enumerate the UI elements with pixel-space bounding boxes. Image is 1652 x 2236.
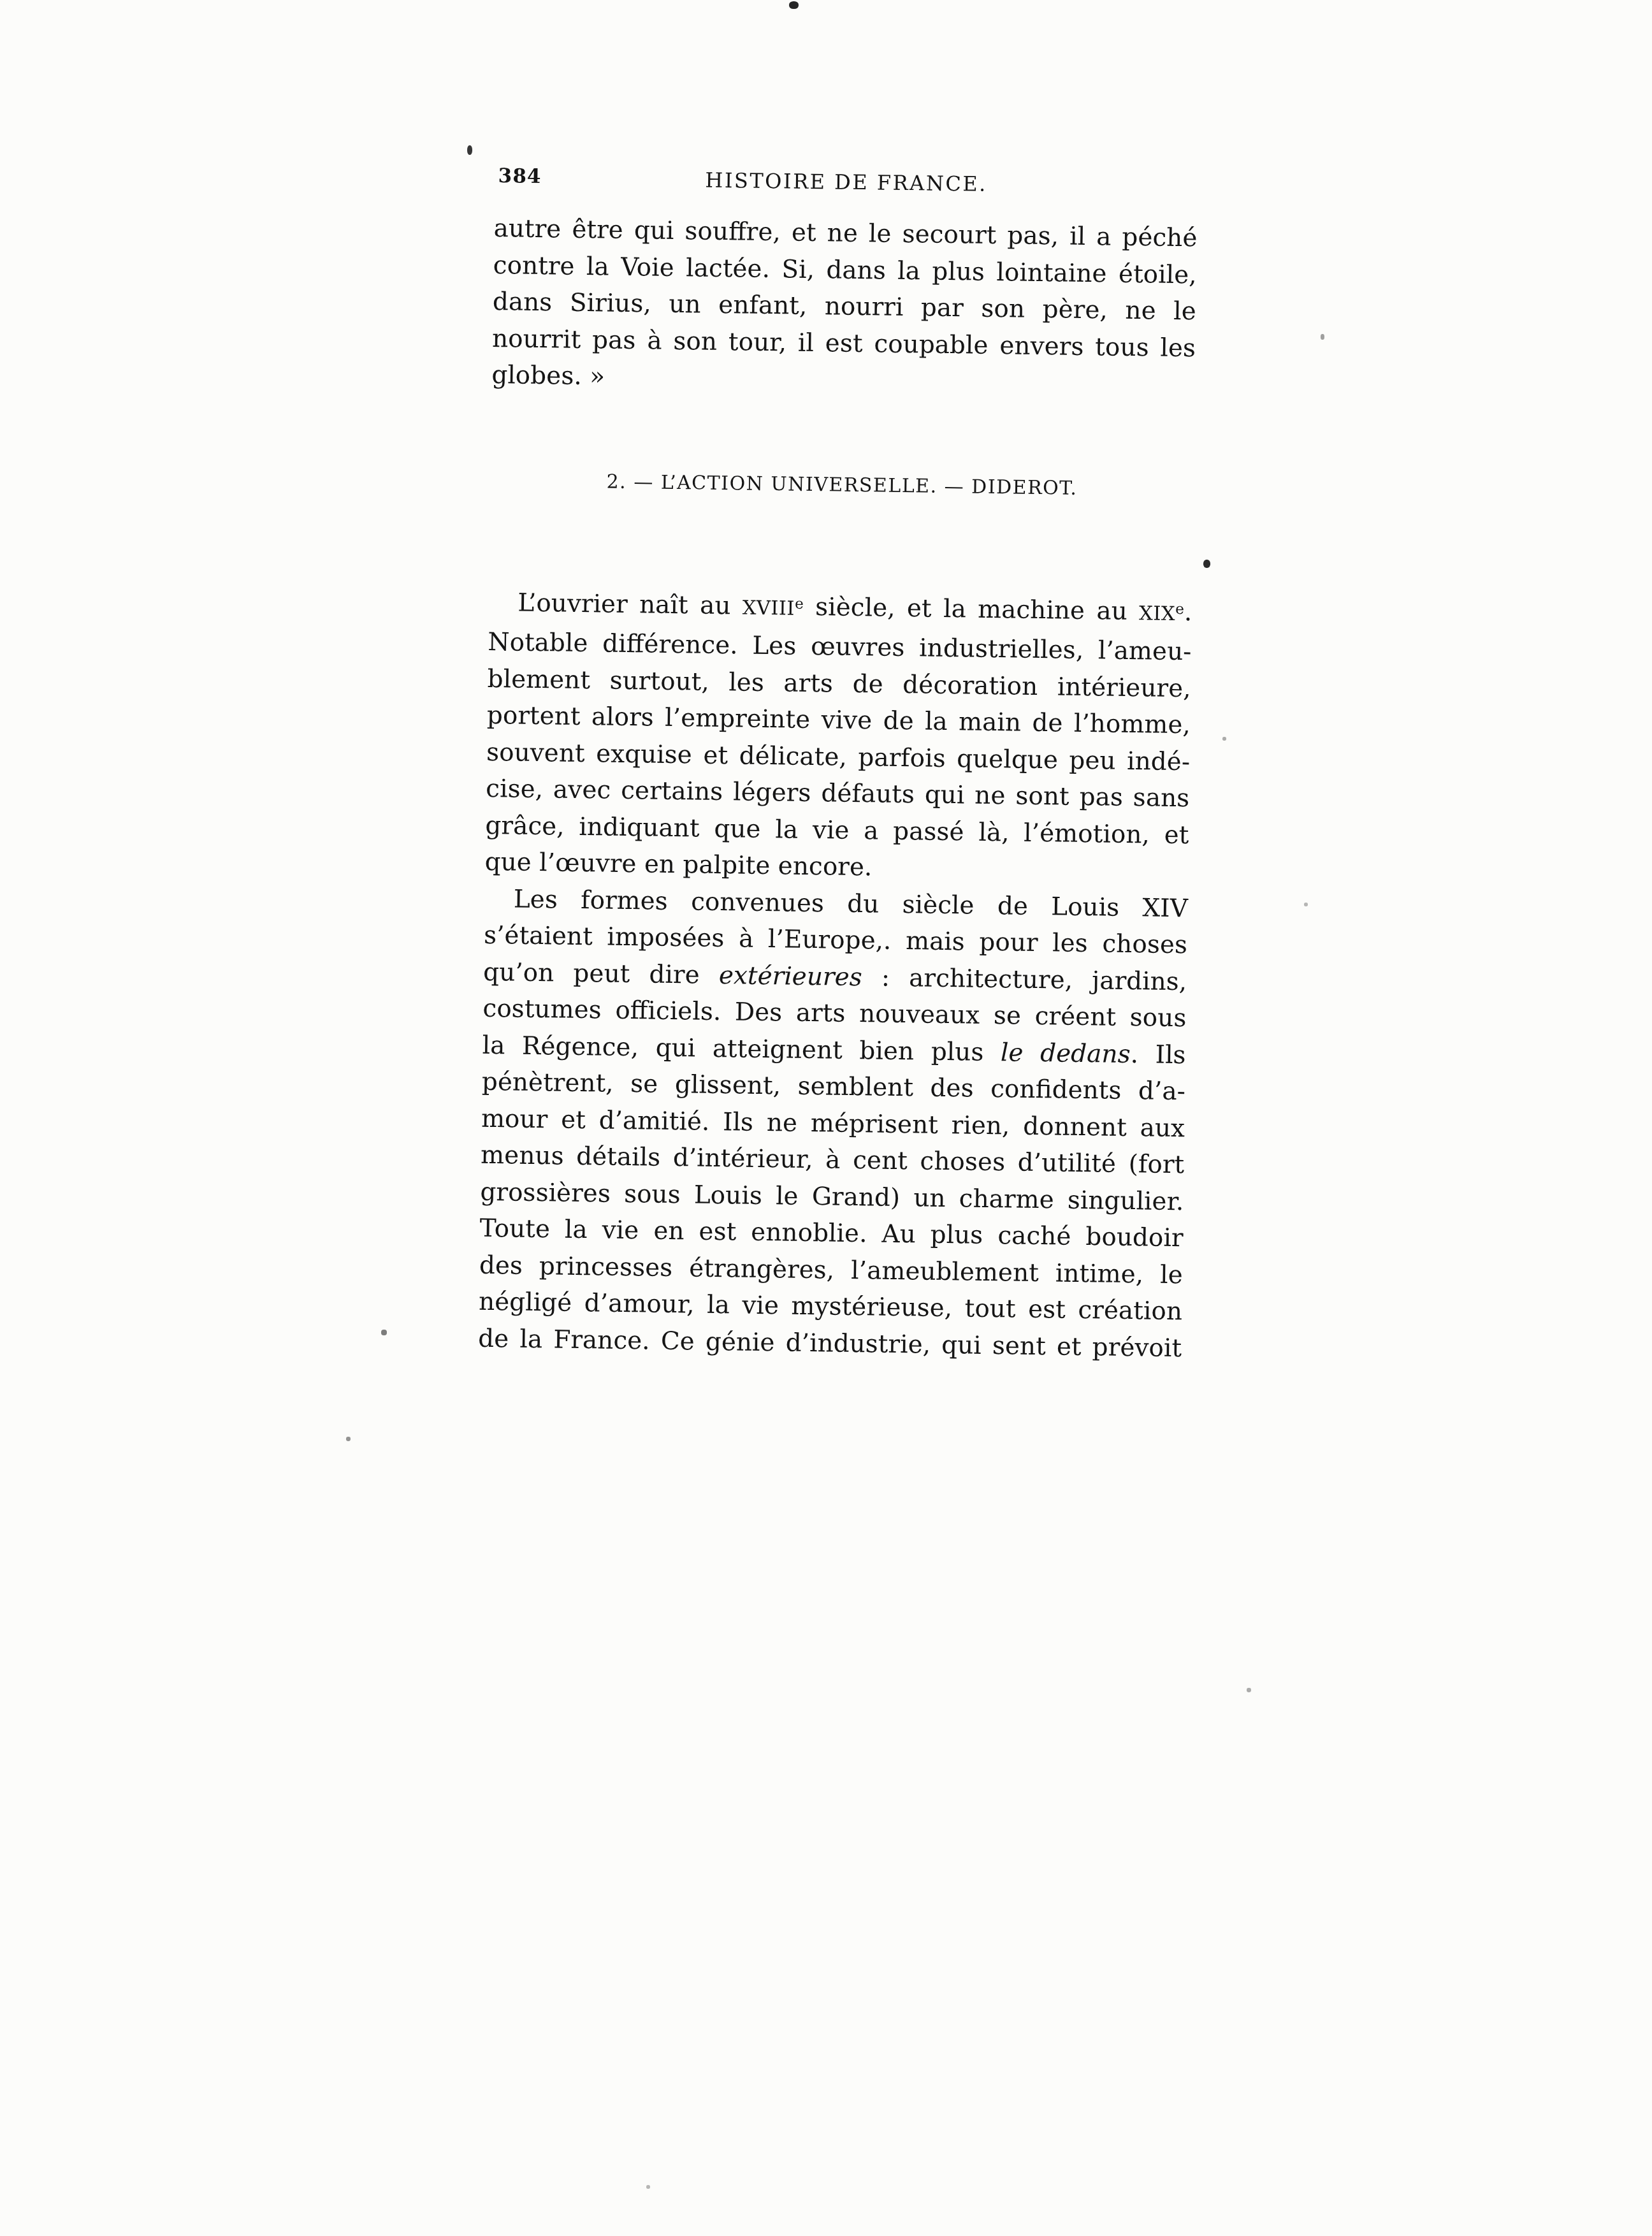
paragraph-formes-convenues: Les formes convenues du siècle de Louis … <box>478 880 1188 1367</box>
body-paragraphs-host: L’ouvrier naît au xviiie siècle, et la m… <box>478 584 1192 1367</box>
scan-speck <box>1247 1688 1251 1692</box>
scan-speck <box>646 2185 650 2189</box>
quote-paragraph-host: autre être qui souffre, et ne le secourt… <box>491 210 1198 403</box>
quote-continuation-paragraph: autre être qui souffre, et ne le secourt… <box>491 210 1198 403</box>
running-title: HISTOIRE DE FRANCE. <box>494 165 1198 199</box>
page-background: 384 HISTOIRE DE FRANCE. autre être qui s… <box>0 0 1652 2236</box>
text-block: 384 HISTOIRE DE FRANCE. autre être qui s… <box>478 163 1198 1367</box>
scan-speck <box>381 1330 387 1335</box>
scan-speck <box>1304 903 1308 906</box>
scan-speck <box>1203 560 1210 568</box>
scan-speck <box>346 1437 351 1441</box>
paragraph-ouvrier: L’ouvrier naît au xviiie siècle, et la m… <box>484 584 1192 890</box>
scan-speck <box>1222 737 1226 741</box>
scan-speck <box>467 145 472 155</box>
scanned-book-page: { "header": { "page_number": "384", "tit… <box>0 0 1652 2236</box>
scan-speck <box>1321 334 1324 340</box>
scan-speck <box>789 1 799 9</box>
section-heading: 2. — L’ACTION UNIVERSELLE. — DIDEROT. <box>490 468 1194 500</box>
page-header: 384 HISTOIRE DE FRANCE. <box>494 163 1198 202</box>
